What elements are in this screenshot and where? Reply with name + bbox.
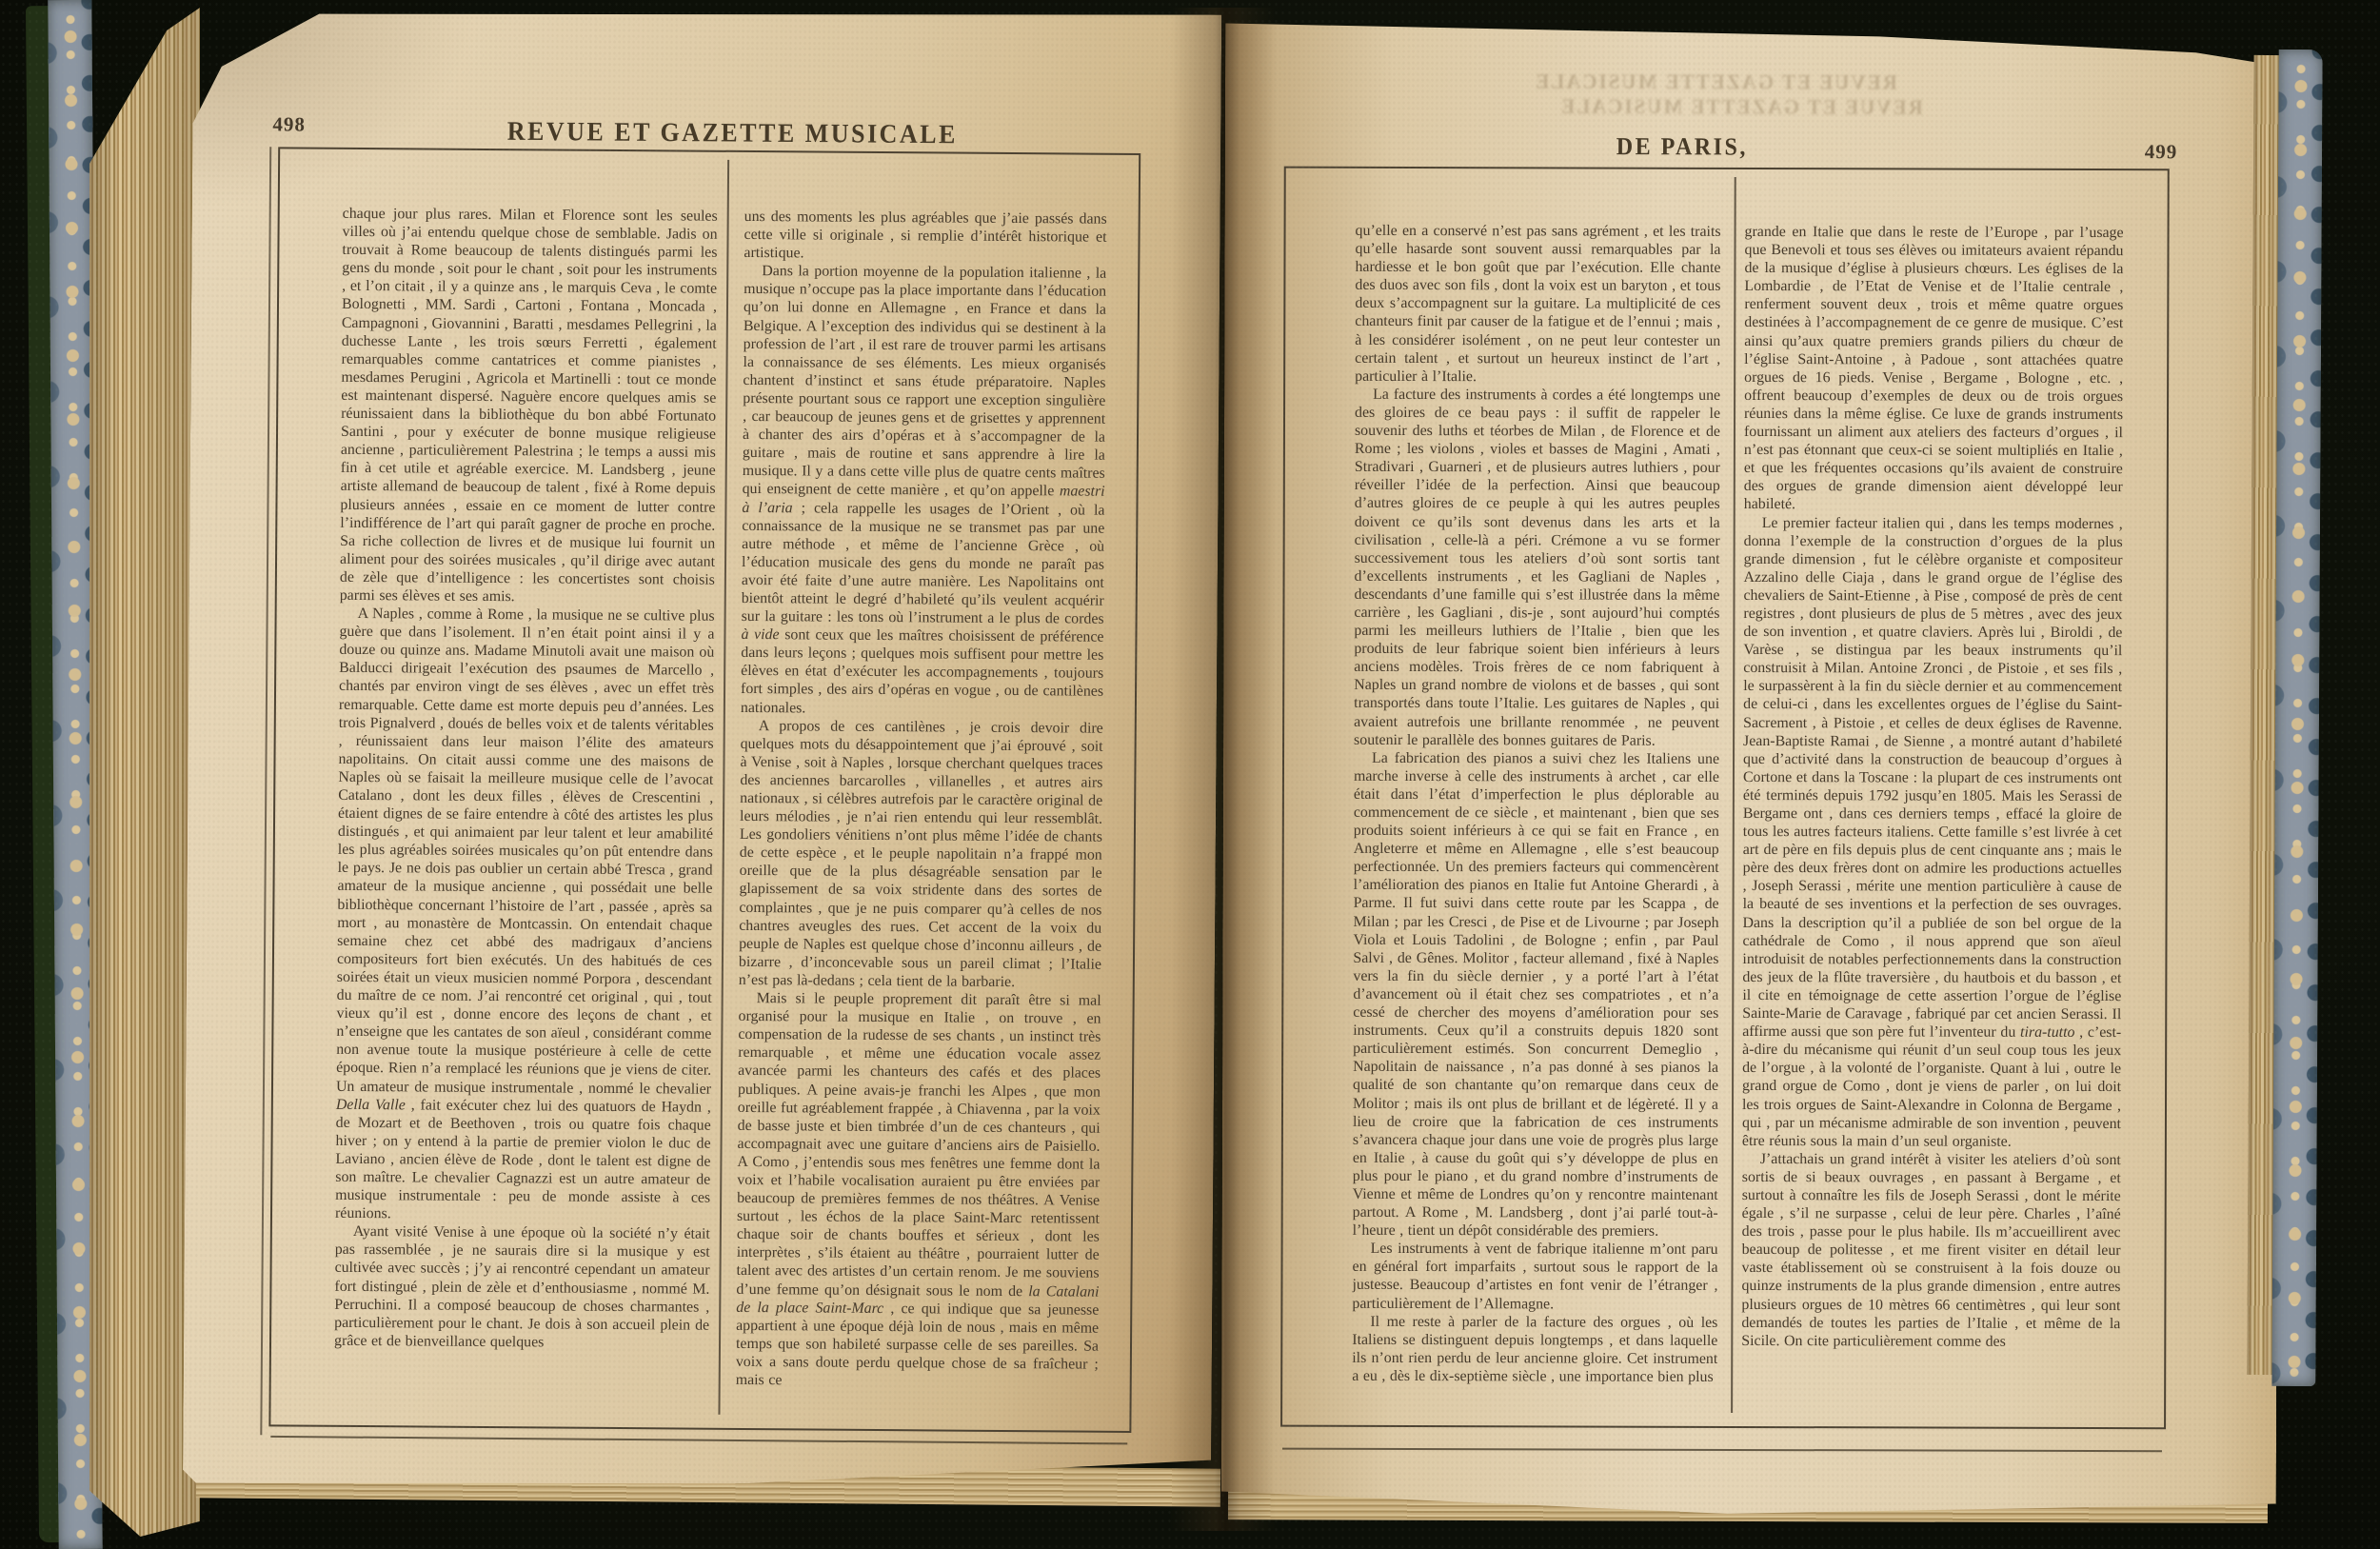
book-spread-scan: 498 REVUE ET GAZETTE MUSICALE chaque jou… <box>0 0 2380 1549</box>
paragraph: grande en Italie que dans le reste de l’… <box>1744 223 2124 515</box>
text-column-1: chaque jour plus rares. Milan et Florenc… <box>334 205 718 1409</box>
paragraph: A Naples , comme à Rome , la musique ne … <box>335 605 715 1225</box>
paragraph: Mais si le peuple proprement dit paraît … <box>736 989 1101 1392</box>
text-column-2: uns des moments les plus agréables que j… <box>736 208 1107 1412</box>
paragraph: J’attachais un grand intérêt à visiter l… <box>1741 1150 2121 1351</box>
text-column-4: grande en Italie que dans le reste de l’… <box>1741 223 2123 1412</box>
paragraph: Dans la portion moyenne de la population… <box>741 262 1106 719</box>
column-divider-right <box>1731 177 1735 1413</box>
outer-bottom-rule-right <box>1282 1448 2162 1453</box>
paragraph: chaque jour plus rares. Milan et Florenc… <box>340 205 718 607</box>
paragraph: La fabrication des pianos a suivi chez l… <box>1353 749 1719 1241</box>
column-divider-left <box>718 160 728 1415</box>
text-column-3: qu’elle en a conservé n’est pas sans agr… <box>1352 222 1720 1411</box>
bleedthrough-title-line1: REVUE ET GAZETTE MUSICALE <box>1449 69 1982 95</box>
page-right: REVUE ET GAZETTE MUSICALE REVUE ET GAZET… <box>1221 13 2280 1517</box>
text-frame-left: chaque jour plus rares. Milan et Florenc… <box>268 147 1140 1433</box>
paragraph: Il me reste à parler de la facture des o… <box>1352 1312 1717 1385</box>
page-number-left: 498 <box>272 112 306 136</box>
paragraph: La facture des instruments à cordes a ét… <box>1354 386 1720 750</box>
page-left: 498 REVUE ET GAZETTE MUSICALE chaque jou… <box>183 8 1221 1493</box>
paragraph: Le premier facteur italien qui , dans le… <box>1742 513 2123 1150</box>
paragraph: qu’elle en a conservé n’est pas sans agr… <box>1355 222 1720 387</box>
bleedthrough-title-line2: REVUE ET GAZETTE MUSICALE <box>1475 94 2008 121</box>
page-number-right: 499 <box>2145 140 2178 164</box>
running-title-left: REVUE ET GAZETTE MUSICALE <box>489 116 975 150</box>
paragraph: Les instruments à vent de fabrique itali… <box>1352 1240 1717 1313</box>
paragraph: Ayant visité Venise à une époque où la s… <box>334 1222 710 1353</box>
outer-bottom-rule-left <box>270 1436 1127 1445</box>
paragraph: A propos de ces cantilènes , je crois de… <box>739 717 1103 992</box>
page-fore-edges-left <box>89 2 200 1537</box>
marbled-cover-right <box>2271 50 2322 1386</box>
text-frame-right: qu’elle en a conservé n’est pas sans agr… <box>1280 167 2170 1430</box>
running-title-right: DE PARIS, <box>1492 133 1873 162</box>
paragraph: uns des moments les plus agréables que j… <box>744 208 1106 265</box>
